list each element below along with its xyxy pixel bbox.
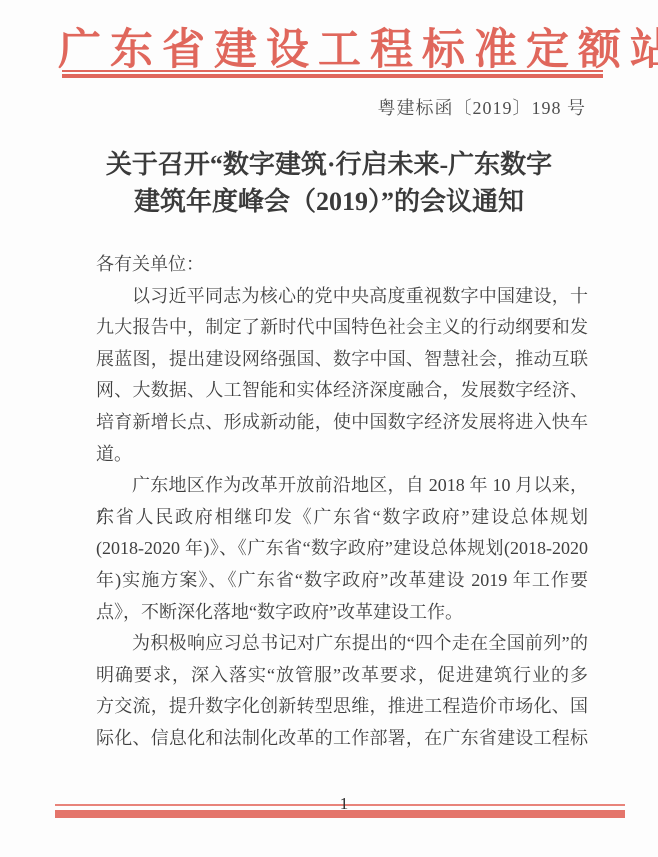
notice-title-line1: 关于召开“数字建筑·行启未来-广东数字: [39, 146, 619, 183]
letterhead-rule-thick: [62, 74, 603, 78]
salutation: 各有关单位：: [96, 249, 588, 281]
body-line: 培育新增长点、形成新动能，使中国数字经济发展将进入快车: [96, 407, 588, 439]
body-line: 际化、信息化和法制化改革的工作部署，在广东省建设工程标: [96, 723, 588, 755]
letterhead-rule-thin: [62, 70, 603, 72]
body-line: 展蓝图，提出建设网络强国、数字中国、智慧社会，推动互联: [96, 344, 588, 376]
notice-title-line2: 建筑年度峰会（2019）”的会议通知: [39, 183, 619, 220]
body-line: 年)实施方案》、《广东省“数字政府”改革建设 2019 年工作要: [96, 565, 588, 597]
body-line: 九大报告中，制定了新时代中国特色社会主义的行动纲要和发: [96, 312, 588, 344]
body-line: 明确要求，深入落实“放管服”改革要求，促进建筑行业的多: [96, 660, 588, 692]
letterhead-double-rule: [62, 70, 603, 78]
notice-title: 关于召开“数字建筑·行启未来-广东数字 建筑年度峰会（2019）”的会议通知: [39, 146, 619, 220]
scanned-notice-page: 广东省建设工程标准定额站 粤建标函〔2019〕198 号 关于召开“数字建筑·行…: [0, 0, 658, 857]
page-number: 1: [0, 794, 658, 814]
body-line: 道。: [96, 439, 588, 471]
body-line: 网、大数据、人工智能和实体经济深度融合，发展数字经济、: [96, 375, 588, 407]
body-lines: 以习近平同志为核心的党中央高度重视数字中国建设，十九大报告中，制定了新时代中国特…: [96, 281, 588, 755]
body-line: 方交流，提升数字化创新转型思维，推进工程造价市场化、国: [96, 691, 588, 723]
body-line: 广东地区作为改革开放前沿地区，自 2018 年 10 月以来，广: [96, 470, 588, 502]
document-reference-number: 粤建标函〔2019〕198 号: [378, 94, 587, 120]
body-line: 以习近平同志为核心的党中央高度重视数字中国建设，十: [96, 281, 588, 313]
body-line: 点》，不断深化落地“数字政府”改革建设工作。: [96, 597, 588, 629]
body-line: 东省人民政府相继印发《广东省“数字政府”建设总体规划: [96, 502, 588, 534]
notice-body: 各有关单位： 以习近平同志为核心的党中央高度重视数字中国建设，十九大报告中，制定…: [96, 249, 588, 755]
body-line: 为积极响应习总书记对广东提出的“四个走在全国前列”的: [96, 628, 588, 660]
letterhead-org-name: 广东省建设工程标准定额站: [58, 16, 606, 77]
body-line: (2018-2020 年)》、《广东省“数字政府”建设总体规划(2018-202…: [96, 533, 588, 565]
